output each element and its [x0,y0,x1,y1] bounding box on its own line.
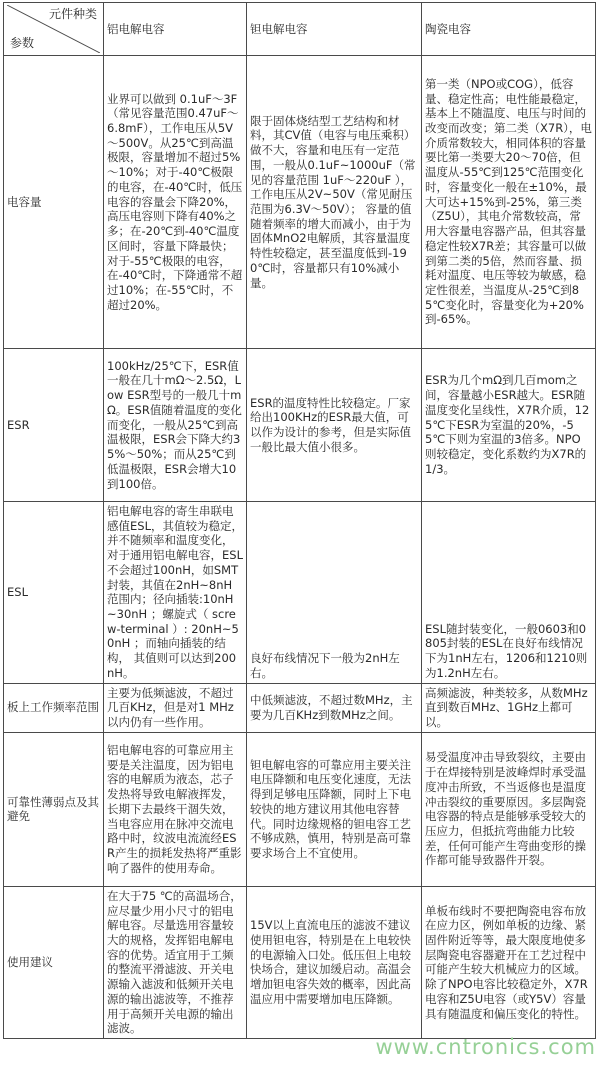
table-row-usage-advice: 使用建议 在大于75 ℃的高温场合，应尽量少用小尺寸的铝电解电容。尽量选用容量较… [4,886,596,1038]
cell-reliability-tantalum: 钽电解电容的可靠应用主要关注电压降额和电压变化速度，无法得到足够电压降额，同时上… [247,732,422,886]
cell-esr-ceramic: ESR为几个mΩ到几百mom之间，容量越小ESR越大。ESR随温度变化呈线性，X… [422,349,596,502]
table-row-frequency-range: 板上工作频率范围 主要为低频滤波，不超过几百KHz，但是对1 MHz以内仍有一些… [4,683,596,732]
cell-esr-aluminum: 100kHz/25℃下，ESR值一般在几十mΩ～2.5Ω，Low ESR型号的一… [104,349,247,502]
cell-esr-tantalum: ESR的温度特性比较稳定。厂家给出100KHz的ESR最大值，可以作为设计的参考… [247,349,422,502]
cell-esl-aluminum: 铝电解电容的寄生串联电感值ESL，其值较为稳定，并不随频率和温度变化，对于通用铝… [104,502,247,684]
corner-header-cell: 元件种类 参数 [4,3,104,56]
table-row-reliability: 可靠性薄弱点及其避免 铝电解电容的可靠应用主要是关注温度，因为铝电容的电解质为液… [4,732,596,886]
cell-capacitance-ceramic: 第一类（NPO或COG），低容量、稳定性高；电性能最稳定，基本上不随温度、电压与… [422,56,596,349]
header-row: 元件种类 参数 铝电解电容 钽电解电容 陶瓷电容 [4,3,596,56]
row-label-capacitance: 电容量 [4,56,104,349]
table-row-esl: ESL 铝电解电容的寄生串联电感值ESL，其值较为稳定，并不随频率和温度变化，对… [4,502,596,684]
table-row-capacitance: 电容量 业界可以做到 0.1uF～3F （常见容量范围0.47uF～6.8mF）… [4,56,596,349]
table-row-esr: ESR 100kHz/25℃下，ESR值一般在几十mΩ～2.5Ω，Low ESR… [4,349,596,502]
cell-esl-tantalum: 良好布线情况下一般为2nH左右。 [247,502,422,684]
cell-reliability-ceramic: 易受温度冲击导致裂纹，主要由于在焊接特别是波峰焊时承受温度冲击所致，不当返修也是… [422,732,596,886]
corner-label-parameter: 参数 [10,36,34,51]
cell-frequency-tantalum: 中低频滤波，不超过数MHz，主要为几百KHz到数MHz之间。 [247,683,422,732]
column-header-tantalum-electrolytic: 钽电解电容 [247,3,422,56]
cell-reliability-aluminum: 铝电解电容的可靠应用主要是关注温度，因为铝电容的电解质为液态，芯子发热将导致电解… [104,732,247,886]
column-header-ceramic: 陶瓷电容 [422,3,596,56]
row-label-reliability: 可靠性薄弱点及其避免 [4,732,104,886]
row-label-esl: ESL [4,502,104,684]
row-label-esr: ESR [4,349,104,502]
column-header-aluminum-electrolytic: 铝电解电容 [104,3,247,56]
cell-frequency-aluminum: 主要为低频滤波，不超过几百KHz，但是对1 MHz以内仍有一些作用。 [104,683,247,732]
row-label-frequency-range: 板上工作频率范围 [4,683,104,732]
cell-capacitance-aluminum: 业界可以做到 0.1uF～3F （常见容量范围0.47uF～6.8mF），工作电… [104,56,247,349]
corner-label-component-type: 元件种类 [49,7,97,22]
site-watermark: www.cntronics.com [375,1035,596,1059]
cell-frequency-ceramic: 高频滤波，种类较多，从数MHz直到数百MHz、1GHz上都可以。 [422,683,596,732]
cell-usage-ceramic: 单板布线时不要把陶瓷电容布放在应力区，例如单板的边缘、紧固件附近等等，最大限度地… [422,886,596,1038]
cell-capacitance-tantalum: 限于固体烧结型工艺结构和材料，其CV值（电容与电压乘积）做不大，容量和电压有一定… [247,56,422,349]
cell-usage-tantalum: 15V以上直流电压的滤波不建议使用钽电容，特别是在上电较快的电源输入口处。低压但… [247,886,422,1038]
row-label-usage-advice: 使用建议 [4,886,104,1038]
cell-esl-ceramic: ESL随封装变化，一般0603和0805封装的ESL在良好布线情况下为1nH左右… [422,502,596,684]
document-page: 元件种类 参数 铝电解电容 钽电解电容 陶瓷电容 电容量 业界可以做到 0.1u… [0,0,600,1065]
capacitor-comparison-table: 元件种类 参数 铝电解电容 钽电解电容 陶瓷电容 电容量 业界可以做到 0.1u… [3,2,596,1039]
cell-usage-aluminum: 在大于75 ℃的高温场合，应尽量少用小尺寸的铝电解电容。尽量选用容量较大的规格，… [104,886,247,1038]
